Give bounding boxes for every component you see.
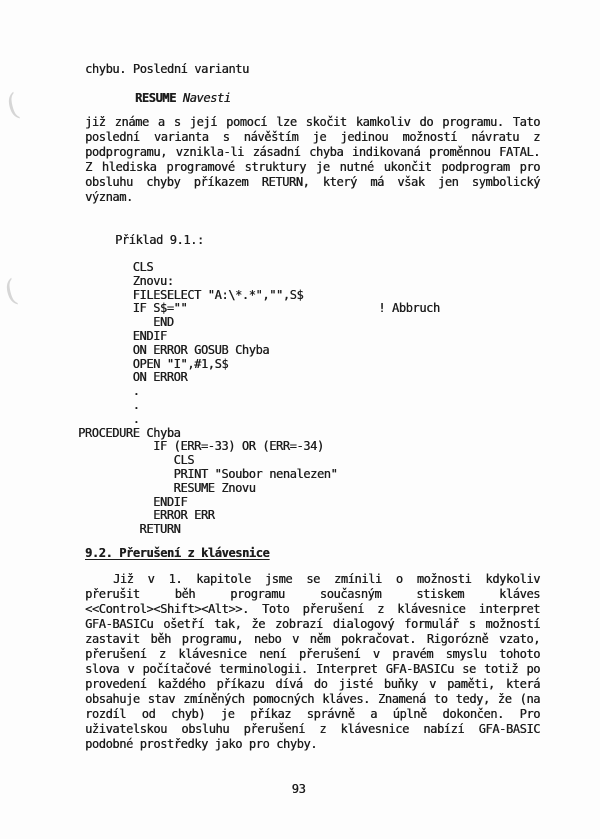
code-line: IF S$="" ! Abbruch <box>78 302 540 316</box>
resume-statement: RESUME Navesti <box>85 91 540 106</box>
paragraph-2-line: podobné prostředky jako pro chyby. <box>85 737 540 752</box>
example-label: Příklad 9.1.: <box>85 233 540 248</box>
code-line: RESUME Znovu <box>78 482 540 496</box>
paragraph-1-line: význam. <box>85 190 540 205</box>
paragraph-2-line: provedení každého příkazu dívá do jisté … <box>85 677 540 692</box>
code-line: ON ERROR GOSUB Chyba <box>78 344 540 358</box>
paragraph-1-line: Z hlediska programové struktury je nutné… <box>85 160 540 175</box>
code-line: PROCEDURE Chyba <box>78 427 540 441</box>
code-line: CLS <box>78 454 540 468</box>
code-line: PRINT "Soubor nenalezen" <box>78 468 540 482</box>
paragraph-2-line: zastavit běh programu, nebo v něm pokrač… <box>85 632 540 647</box>
paragraph-1-line: již známe a s její pomocí lze skočit kam… <box>85 115 540 130</box>
intro-line: chybu. Poslední variantu <box>85 62 540 77</box>
paragraph-2-line: <<Control><Shift><Alt>>. Toto přerušení … <box>85 602 540 617</box>
code-line: ENDIF <box>78 330 540 344</box>
paragraph-2-line: slova v počítačové terminologii. Interpr… <box>85 662 540 677</box>
scan-artifact-mark: ( <box>3 87 22 124</box>
paragraph-2-line: přerušit běh programu současným stiskem … <box>85 587 540 602</box>
code-line: IF (ERR=-33) OR (ERR=-34) <box>78 440 540 454</box>
code-line: OPEN "I",#1,S$ <box>78 358 540 372</box>
paragraph-2-line: přerušení z klávesnice není přerušení v … <box>85 647 540 662</box>
resume-argument: Navesti <box>183 91 231 105</box>
resume-keyword: RESUME <box>135 91 176 105</box>
section-heading: 9.2. Přerušení z klávesnice <box>85 545 540 561</box>
paragraph-2-line: Již v 1. kapitole jsme se zmínili o možn… <box>85 572 540 587</box>
paragraph-1-line: podprogramu, vznikla-li zásadní chyba in… <box>85 145 540 160</box>
code-line: RETURN <box>78 523 540 537</box>
code-line: Znovu: <box>78 275 540 289</box>
paragraph-2-line: obsahuje stav zmíněných pomocných kláves… <box>85 692 540 707</box>
paragraph-keyboard-interrupt: Již v 1. kapitole jsme se zmínili o možn… <box>85 572 540 752</box>
code-line: . <box>78 385 540 399</box>
code-line: ON ERROR <box>78 371 540 385</box>
paragraph-2-line: GFA-BASICu ošetří tak, že zobrazí dialog… <box>85 617 540 632</box>
code-line: ERROR ERR <box>78 509 540 523</box>
paragraph-1-line: obsluhu chyby příkazem RETURN, který má … <box>85 175 540 190</box>
code-line: END <box>78 316 540 330</box>
code-line: . <box>78 399 540 413</box>
code-line: ENDIF <box>78 496 540 510</box>
page-number: 93 <box>71 782 526 797</box>
paragraph-2-line: rozdíl od chyb) je příkaz správně a úpln… <box>85 707 540 722</box>
page-content: chybu. Poslední variantu RESUME Navesti … <box>85 0 540 797</box>
code-line: FILESELECT "A:\*.*","",S$ <box>78 289 540 303</box>
paragraph-1-line: poslední varianta s návěštím je jedinou … <box>85 130 540 145</box>
paragraph-2-line: uživatelskou obsluhu přerušení z klávesn… <box>85 722 540 737</box>
code-line: CLS <box>78 261 540 275</box>
scan-artifact-mark: ( <box>1 273 20 310</box>
code-listing: CLS Znovu: FILESELECT "A:\*.*","",S$ IF … <box>78 261 540 537</box>
document-page: ( ( chybu. Poslední variantu RESUME Nave… <box>0 0 600 839</box>
paragraph-error-handling: již známe a s její pomocí lze skočit kam… <box>85 115 540 205</box>
code-line: . <box>78 413 540 427</box>
